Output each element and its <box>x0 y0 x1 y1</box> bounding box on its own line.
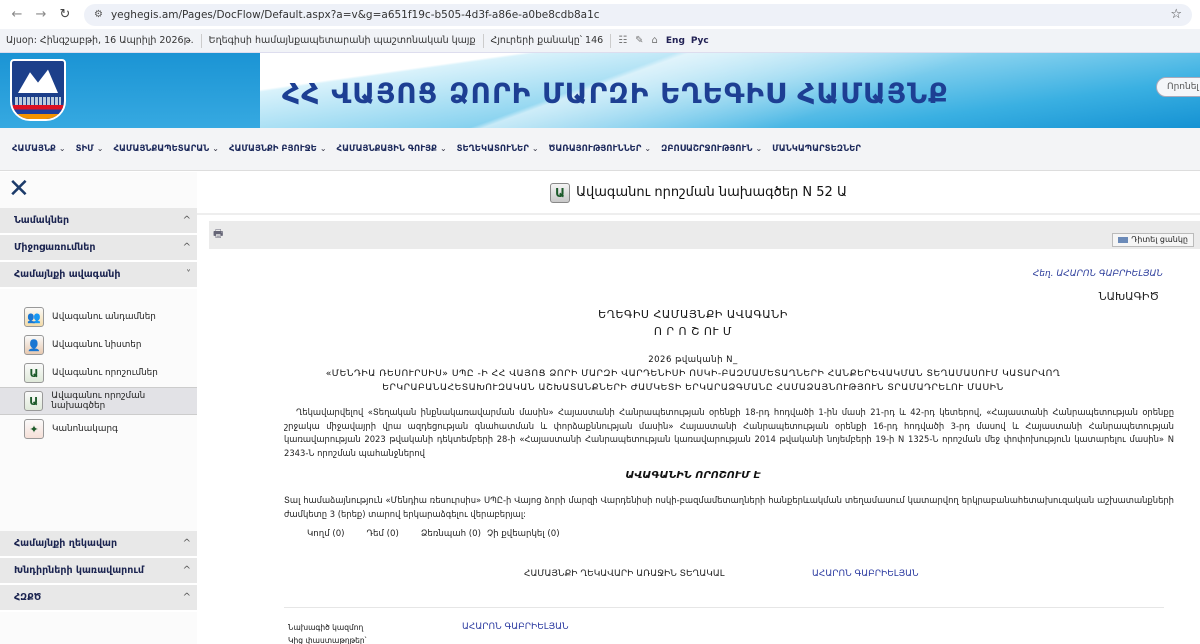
site-label: Եղեգիսի համայնքապետարանի պաշտոնական կայք <box>209 35 476 46</box>
sidebar-section[interactable]: Միջոցառումներ^ <box>0 235 197 262</box>
doc-heading-council: ԵՂԵԳԻՍ ՀԱՄԱՅՆՔԻ ԱՎԱԳԱՆԻ <box>209 308 1177 321</box>
close-icon[interactable]: ✕ <box>0 172 197 208</box>
sidebar-section-label: Նամակներ <box>14 215 69 226</box>
sidebar-section[interactable]: ՀԶՔԾ^ <box>0 585 197 612</box>
pin-icon[interactable]: ✎ <box>635 35 643 46</box>
meetings-icon: 👤 <box>24 335 44 355</box>
decisions-icon: Ա <box>24 363 44 383</box>
doc-number: 2026 թվականի N_ <box>209 355 1177 365</box>
sidebar-item[interactable]: ԱԱվագանու որոշման նախագծեր <box>0 387 197 415</box>
visitor-count: Հյուրերի քանակը՝ 146 <box>491 35 604 46</box>
doc-subject-line1: «ՄԵՆԴԻԱ ՌԵՍՈՒՐՍԻՍ» ՍՊԸ -Ի ՀՀ ՎԱՅՈՑ ՁՈՐԻ … <box>209 368 1177 379</box>
menu-item-7[interactable]: ԶԲՈՍԱՇՐՋՈՒԹՅՈՒՆ⌄ <box>661 144 762 154</box>
sidebar-item[interactable]: ✦Կանոնակարգ <box>0 415 197 443</box>
site-settings-icon[interactable]: ⚙ <box>94 9 103 20</box>
chevron-up-icon: ^ <box>183 565 191 576</box>
info-bar: Այսօր: Հինգշաբթի, 16 Ապրիլի 2026թ. Եղեգի… <box>0 29 1200 53</box>
chevron-up-icon: ^ <box>183 538 191 549</box>
menu-item-5[interactable]: ՏԵՂԵԿԱՏՈՒՆԵՐ⌄ <box>457 144 539 154</box>
status-label: ՆԱԽԱԳԻԾ <box>1099 290 1159 303</box>
mountain-icon <box>18 67 58 93</box>
signer-title: ՀԱՄԱՅՆՔԻ ՂԵԿԱՎԱՐԻ ԱՌԱՋԻՆ ՏԵՂԱԿԱԼ <box>524 569 725 579</box>
menu-item-4[interactable]: ՀԱՄԱՅՆՔԱՅԻՆ ԳՈՒՅՔ⌄ <box>337 144 447 154</box>
page-title-text: Ավագանու որոշման նախագծեր N 52 Ա <box>576 185 847 200</box>
chevron-down-icon: ⌄ <box>755 144 762 153</box>
list-icon <box>1118 237 1128 243</box>
doc-decides-heading: ԱՎԱԳԱՆԻՆ ՈՐՈՇՈՒՄ Է <box>209 470 1177 481</box>
sidebar-section-label: Համայնքի ավագանի <box>14 269 120 280</box>
menu-item-2[interactable]: ՀԱՄԱՅՆՔԱՊԵՏԱՐԱՆ⌄ <box>113 144 219 154</box>
today-date: Այսօր: Հինգշաբթի, 16 Ապրիլի 2026թ. <box>6 35 194 46</box>
sidebar-item-label: Ավագանու որոշման նախագծեր <box>51 391 197 411</box>
address-bar[interactable]: ⚙ yeghegis.am/Pages/DocFlow/Default.aspx… <box>84 4 1192 26</box>
menu-item-label: ԶԲՈՍԱՇՐՋՈՒԹՅՈՒՆ <box>661 144 752 154</box>
community-logo[interactable] <box>10 59 66 121</box>
vote-for: Կողմ (0) <box>307 529 345 539</box>
menu-item-label: ԾԱՌԱՅՈՒԹՅՈՒՆՆԵՐ <box>549 144 642 154</box>
menu-item-label: ՀԱՄԱՅՆՔԱՊԵՏԱՐԱՆ <box>113 144 209 154</box>
page-title: Ա Ավագանու որոշման նախագծեր N 52 Ա <box>197 172 1200 215</box>
sidebar-item-label: Ավագանու որոշումներ <box>52 368 158 378</box>
flag-stripes <box>12 105 64 119</box>
chevron-up-icon: ^ <box>183 592 191 603</box>
sidebar-section-label: Միջոցառումներ <box>14 242 95 253</box>
sidebar-section[interactable]: Խնդիրների կառավարում^ <box>0 558 197 585</box>
vote-not-voted: Չի քվեարկել (0) <box>487 529 560 539</box>
main-content: Ա Ավագանու որոշման նախագծեր N 52 Ա 🖶 Դիտ… <box>197 172 1200 644</box>
sidebar-section[interactable]: Համայնքի ավագանի˅ <box>0 262 197 289</box>
council-submenu: 👥Ավագանու անդամներ👤Ավագանու նիստերԱԱվագա… <box>0 289 197 453</box>
sidebar-section[interactable]: Նամակներ^ <box>0 208 197 235</box>
members-icon: 👥 <box>24 307 44 327</box>
regulation-icon: ✦ <box>24 419 44 439</box>
vote-abstain: Ձեռնպահ (0) <box>421 529 481 539</box>
print-icon[interactable]: 🖶 <box>213 225 223 244</box>
menu-item-0[interactable]: ՀԱՄԱՅՆՔ⌄ <box>12 144 66 154</box>
document-toolbar: 🖶 Դիտել ցանկը <box>209 221 1200 249</box>
author-line[interactable]: Հեղ. ԱՀԱՐՈՆ ԳԱԲՐԻԵԼՅԱՆ <box>1033 269 1163 279</box>
menu-item-label: ՀԱՄԱՅՆՔ <box>12 144 56 154</box>
menu-item-label: ՏԵՂԵԿԱՏՈՒՆԵՐ <box>457 144 529 154</box>
chevron-down-icon: ⌄ <box>97 144 104 153</box>
menu-item-8[interactable]: ՄԱՆԿԱՊԱՐՏԵԶՆԵՐ <box>772 144 861 154</box>
author-value[interactable]: ԱՀԱՐՈՆ ԳԱԲՐԻԵԼՅԱՆ <box>462 622 569 632</box>
search-input[interactable]: Որոնել <box>1156 77 1200 97</box>
doc-preamble: Ղեկավարվելով «Տեղական ինքնակառավարման մա… <box>284 406 1174 460</box>
signer-name[interactable]: ԱՀԱՐՈՆ ԳԱԲՐԻԵԼՅԱՆ <box>812 569 919 579</box>
divider <box>284 607 1164 608</box>
sidebar: ✕ Նամակներ^Միջոցառումներ^Համայնքի ավագան… <box>0 172 197 644</box>
sidebar-item-label: Ավագանու անդամներ <box>52 312 156 322</box>
reload-icon[interactable]: ↻ <box>56 7 74 22</box>
logo-caption <box>15 97 61 105</box>
chevron-down-icon: ˅ <box>186 269 191 280</box>
sidebar-section-label: Խնդիրների կառավարում <box>14 565 144 576</box>
vote-results: Կողմ (0) Դեմ (0) Ձեռնպահ (0) Չի քվեարկել… <box>307 529 582 539</box>
lang-russian[interactable]: Рус <box>691 36 709 46</box>
sitemap-icon[interactable]: ☷ <box>618 35 627 46</box>
divider <box>610 34 611 48</box>
chevron-up-icon: ^ <box>183 215 191 226</box>
author-label: Նախագիծ կազմող <box>288 623 363 632</box>
chevron-down-icon: ⌄ <box>440 144 447 153</box>
forward-icon[interactable]: → <box>32 7 50 22</box>
chevron-up-icon: ^ <box>183 242 191 253</box>
site-banner: ՀՀ ՎԱՅՈՑ ՁՈՐԻ ՄԱՐԶԻ ԵՂԵԳԻՍ ՀԱՄԱՅՆՔ Որոնե… <box>0 53 1200 128</box>
sidebar-item-label: Կանոնակարգ <box>52 424 118 434</box>
draft-decisions-icon: Ա <box>24 391 43 411</box>
sidebar-section[interactable]: Համայնքի ղեկավար^ <box>0 531 197 558</box>
menu-item-label: ՀԱՄԱՅՆՔԻ ԲՅՈՒՋԵ <box>229 144 317 154</box>
sidebar-item[interactable]: 👤Ավագանու նիստեր <box>0 331 197 359</box>
home-icon[interactable]: ⌂ <box>652 35 658 46</box>
menu-item-1[interactable]: ՏԻՄ⌄ <box>76 144 104 154</box>
doc-subject-line2: ԵՐԿՐԱԲԱՆԱՀԵՏԱԽՈՒԶԱԿԱՆ ԱՇԽԱՏԱՆՔՆԵՐԻ ԺԱՄԿԵ… <box>209 382 1177 393</box>
divider <box>201 34 202 48</box>
main-menu: ՀԱՄԱՅՆՔ⌄ՏԻՄ⌄ՀԱՄԱՅՆՔԱՊԵՏԱՐԱՆ⌄ՀԱՄԱՅՆՔԻ ԲՅՈ… <box>0 128 1200 171</box>
chevron-down-icon: ⌄ <box>212 144 219 153</box>
sidebar-section-label: Համայնքի ղեկավար <box>14 538 117 549</box>
bookmark-star-icon[interactable]: ☆ <box>1170 7 1182 22</box>
chevron-down-icon: ⌄ <box>532 144 539 153</box>
browser-toolbar: ← → ↻ ⚙ yeghegis.am/Pages/DocFlow/Defaul… <box>0 0 1200 29</box>
sidebar-item[interactable]: 👥Ավագանու անդամներ <box>0 303 197 331</box>
attachments-label: Կից փաստաթղթեր՝ <box>288 636 366 644</box>
sidebar-section-label: ՀԶՔԾ <box>14 592 41 603</box>
chevron-down-icon: ⌄ <box>320 144 327 153</box>
menu-item-label: ՀԱՄԱՅՆՔԱՅԻՆ ԳՈՒՅՔ <box>337 144 437 154</box>
site-title: ՀՀ ՎԱՅՈՑ ՁՈՐԻ ՄԱՐԶԻ ԵՂԵԳԻՍ ՀԱՄԱՅՆՔ <box>282 77 949 110</box>
menu-item-3[interactable]: ՀԱՄԱՅՆՔԻ ԲՅՈՒՋԵ⌄ <box>229 144 327 154</box>
back-icon[interactable]: ← <box>8 7 26 22</box>
draft-decision-icon: Ա <box>550 183 570 203</box>
menu-item-label: ՄԱՆԿԱՊԱՐՏԵԶՆԵՐ <box>772 144 861 154</box>
divider <box>483 34 484 48</box>
sidebar-item[interactable]: ԱԱվագանու որոշումներ <box>0 359 197 387</box>
chevron-down-icon: ⌄ <box>59 144 66 153</box>
chevron-down-icon: ⌄ <box>644 144 651 153</box>
view-list-label: Դիտել ցանկը <box>1131 235 1188 244</box>
lang-english[interactable]: Eng <box>666 36 685 46</box>
doc-heading-decision: Ո Ր Ո Շ ՈՒ Մ <box>209 325 1177 338</box>
menu-item-6[interactable]: ԾԱՌԱՅՈՒԹՅՈՒՆՆԵՐ⌄ <box>549 144 651 154</box>
view-list-button[interactable]: Դիտել ցանկը <box>1112 233 1194 247</box>
url-text[interactable]: yeghegis.am/Pages/DocFlow/Default.aspx?a… <box>111 9 600 21</box>
menu-item-label: ՏԻՄ <box>76 144 94 154</box>
doc-decision-text: Տալ համաձայնություն «Մենդիա ռեսուրսիս» Ս… <box>284 494 1174 521</box>
sidebar-item-label: Ավագանու նիստեր <box>52 340 141 350</box>
vote-against: Դեմ (0) <box>367 529 399 539</box>
